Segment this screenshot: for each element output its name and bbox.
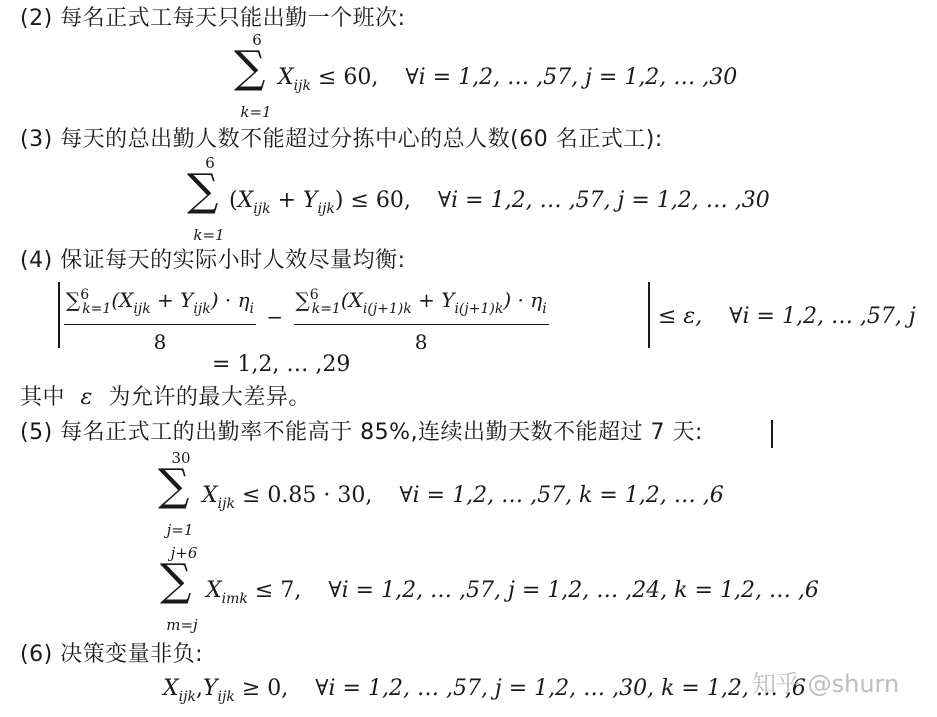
paren-close: ) xyxy=(335,188,344,213)
relation: ≤ 7, xyxy=(255,578,301,603)
denominator-left: 8 xyxy=(64,325,256,355)
quantifier: ∀i = 1,2, … ,57, j = 1,2, … ,30 xyxy=(438,188,770,213)
quantifier: ∀i = 1,2, … ,57, j xyxy=(729,304,916,329)
term: ) · η xyxy=(503,288,542,312)
fraction-right: ∑6k=1(Xi(j+1)k + Yi(j+1)k) · ηi 8 xyxy=(294,282,549,355)
subscript: i(j+1)k xyxy=(363,301,412,317)
formula-body: (Xijk + Yijk) ≤ 60, ∀i = 1,2, … ,57, j =… xyxy=(229,188,770,222)
plus: + xyxy=(278,188,296,213)
constraint-4-heading: (4) 保证每天的实际小时人效尽量均衡: xyxy=(20,248,406,274)
quantifier: ∀i = 1,2, … ,57, k = 1,2, … ,6 xyxy=(399,483,723,508)
paren-open: ( xyxy=(229,188,238,213)
var-y: Y xyxy=(303,188,318,213)
constraint-label: (3) xyxy=(20,127,53,152)
constraint-4-quantifier-cont: = 1,2, … ,29 xyxy=(212,352,350,378)
relation: ≤ 60, xyxy=(318,65,378,90)
var-y: Y xyxy=(203,676,218,701)
watermark: 知乎 @shurn xyxy=(752,664,899,699)
term: + Y xyxy=(151,288,194,312)
term: (X xyxy=(111,288,133,312)
sum-symbol-icon: ∑ xyxy=(160,559,191,603)
constraint-label: (2) xyxy=(20,6,53,31)
var-x: X xyxy=(278,65,294,90)
constraint-title: 决策变量非负: xyxy=(60,642,203,667)
constraint-4-formula: ∑6k=1(Xijk + Yijk) · ηi 8 − ∑6k=1(Xi(j+1… xyxy=(64,282,549,355)
quantifier: ∀i = 1,2, … ,57, j = 1,2, … ,30, k = 1,2… xyxy=(315,676,806,701)
constraint-label: (4) xyxy=(20,248,53,273)
epsilon-symbol: ε xyxy=(81,385,93,410)
denominator-right: 8 xyxy=(294,325,549,355)
text-cursor xyxy=(771,420,773,448)
formula-body: Xijk ≤ 60, ∀i = 1,2, … ,57, j = 1,2, … ,… xyxy=(278,65,737,99)
subscript: ijk xyxy=(179,689,196,705)
quantifier: ∀i = 1,2, … ,57, j = 1,2, … ,24, k = 1,2… xyxy=(328,578,819,603)
term: + Y xyxy=(412,288,455,312)
subscript: ijk xyxy=(318,201,335,217)
subscript: ijk xyxy=(218,496,235,512)
relation: ≤ ε, xyxy=(658,304,702,329)
numerator-right: ∑6k=1(Xi(j+1)k + Yi(j+1)k) · ηi xyxy=(294,282,549,325)
constraint-2-heading: (2) 每名正式工每天只能出勤一个班次: xyxy=(20,6,406,32)
sum-symbol-icon: ∑ xyxy=(66,288,80,312)
sum-lower-limit: k=1 xyxy=(187,227,231,243)
subscript: ijk xyxy=(253,201,270,217)
sum-symbol-icon: ∑ xyxy=(187,169,218,213)
fraction-left: ∑6k=1(Xijk + Yijk) · ηi 8 xyxy=(64,282,256,355)
constraint-title: 每天的总出勤人数不能超过分拣中心的总人数(60 名正式工): xyxy=(60,127,663,152)
term: (X xyxy=(341,288,363,312)
constraint-title: 每名正式工每天只能出勤一个班次: xyxy=(60,6,405,31)
minus: − xyxy=(266,305,283,329)
sum-symbol-icon: ∑ xyxy=(296,288,310,312)
sum-symbol-icon: ∑ xyxy=(234,46,265,90)
abs-bar-right xyxy=(648,282,650,348)
epsilon-note: 其中 ε 为允许的最大差异。 xyxy=(20,385,311,411)
relation: ≥ 0, xyxy=(242,676,288,701)
subscript: ijk xyxy=(193,301,210,317)
constraint-title: 保证每天的实际小时人效尽量均衡: xyxy=(60,248,405,273)
var-x: X xyxy=(202,483,218,508)
sum-lower-limit: m=j xyxy=(160,617,204,633)
relation: ≤ 0.85 · 30, xyxy=(242,483,372,508)
constraint-4-tail: ≤ ε, ∀i = 1,2, … ,57, j xyxy=(658,304,916,330)
formula-body: Ximk ≤ 7, ∀i = 1,2, … ,57, j = 1,2, … ,2… xyxy=(206,578,819,612)
quantifier: ∀i = 1,2, … ,57, j = 1,2, … ,30 xyxy=(405,65,737,90)
constraint-label: (5) xyxy=(20,420,53,445)
subscript: i xyxy=(542,301,546,317)
subscript: i xyxy=(250,301,254,317)
constraint-6-formula: Xijk,Yijk ≥ 0, ∀i = 1,2, … ,57, j = 1,2,… xyxy=(163,676,806,710)
relation: ≤ 60, xyxy=(350,188,410,213)
formula-body: Xijk ≤ 0.85 · 30, ∀i = 1,2, … ,57, k = 1… xyxy=(202,483,724,517)
subscript: imk xyxy=(222,591,248,607)
constraint-title: 每名正式工的出勤率不能高于 85%,连续出勤天数不能超过 7 天: xyxy=(60,420,703,445)
abs-bar-left xyxy=(58,282,60,348)
term: ) · η xyxy=(211,288,250,312)
note-suffix: 为允许的最大差异。 xyxy=(108,385,311,410)
var-x: X xyxy=(163,676,179,701)
subscript: ijk xyxy=(294,78,311,94)
sum-lower-limit: j=1 xyxy=(158,522,202,538)
sum-symbol-icon: ∑ xyxy=(158,464,189,508)
sum-lower-limit: k=1 xyxy=(234,104,278,120)
constraint-label: (6) xyxy=(20,642,53,667)
note-prefix: 其中 xyxy=(20,385,65,410)
subscript: ijk xyxy=(218,689,235,705)
var-x: X xyxy=(206,578,222,603)
var-x: X xyxy=(238,188,254,213)
numerator-left: ∑6k=1(Xijk + Yijk) · ηi xyxy=(64,282,256,325)
subscript: ijk xyxy=(133,301,150,317)
sum-lower-limit: k=1 xyxy=(312,301,341,317)
constraint-3-heading: (3) 每天的总出勤人数不能超过分拣中心的总人数(60 名正式工): xyxy=(20,127,663,153)
constraint-5-heading: (5) 每名正式工的出勤率不能高于 85%,连续出勤天数不能超过 7 天: xyxy=(20,420,703,446)
sum-lower-limit: k=1 xyxy=(82,301,111,317)
separator: , xyxy=(196,676,203,701)
subscript: i(j+1)k xyxy=(454,301,503,317)
constraint-6-heading: (6) 决策变量非负: xyxy=(20,642,203,668)
